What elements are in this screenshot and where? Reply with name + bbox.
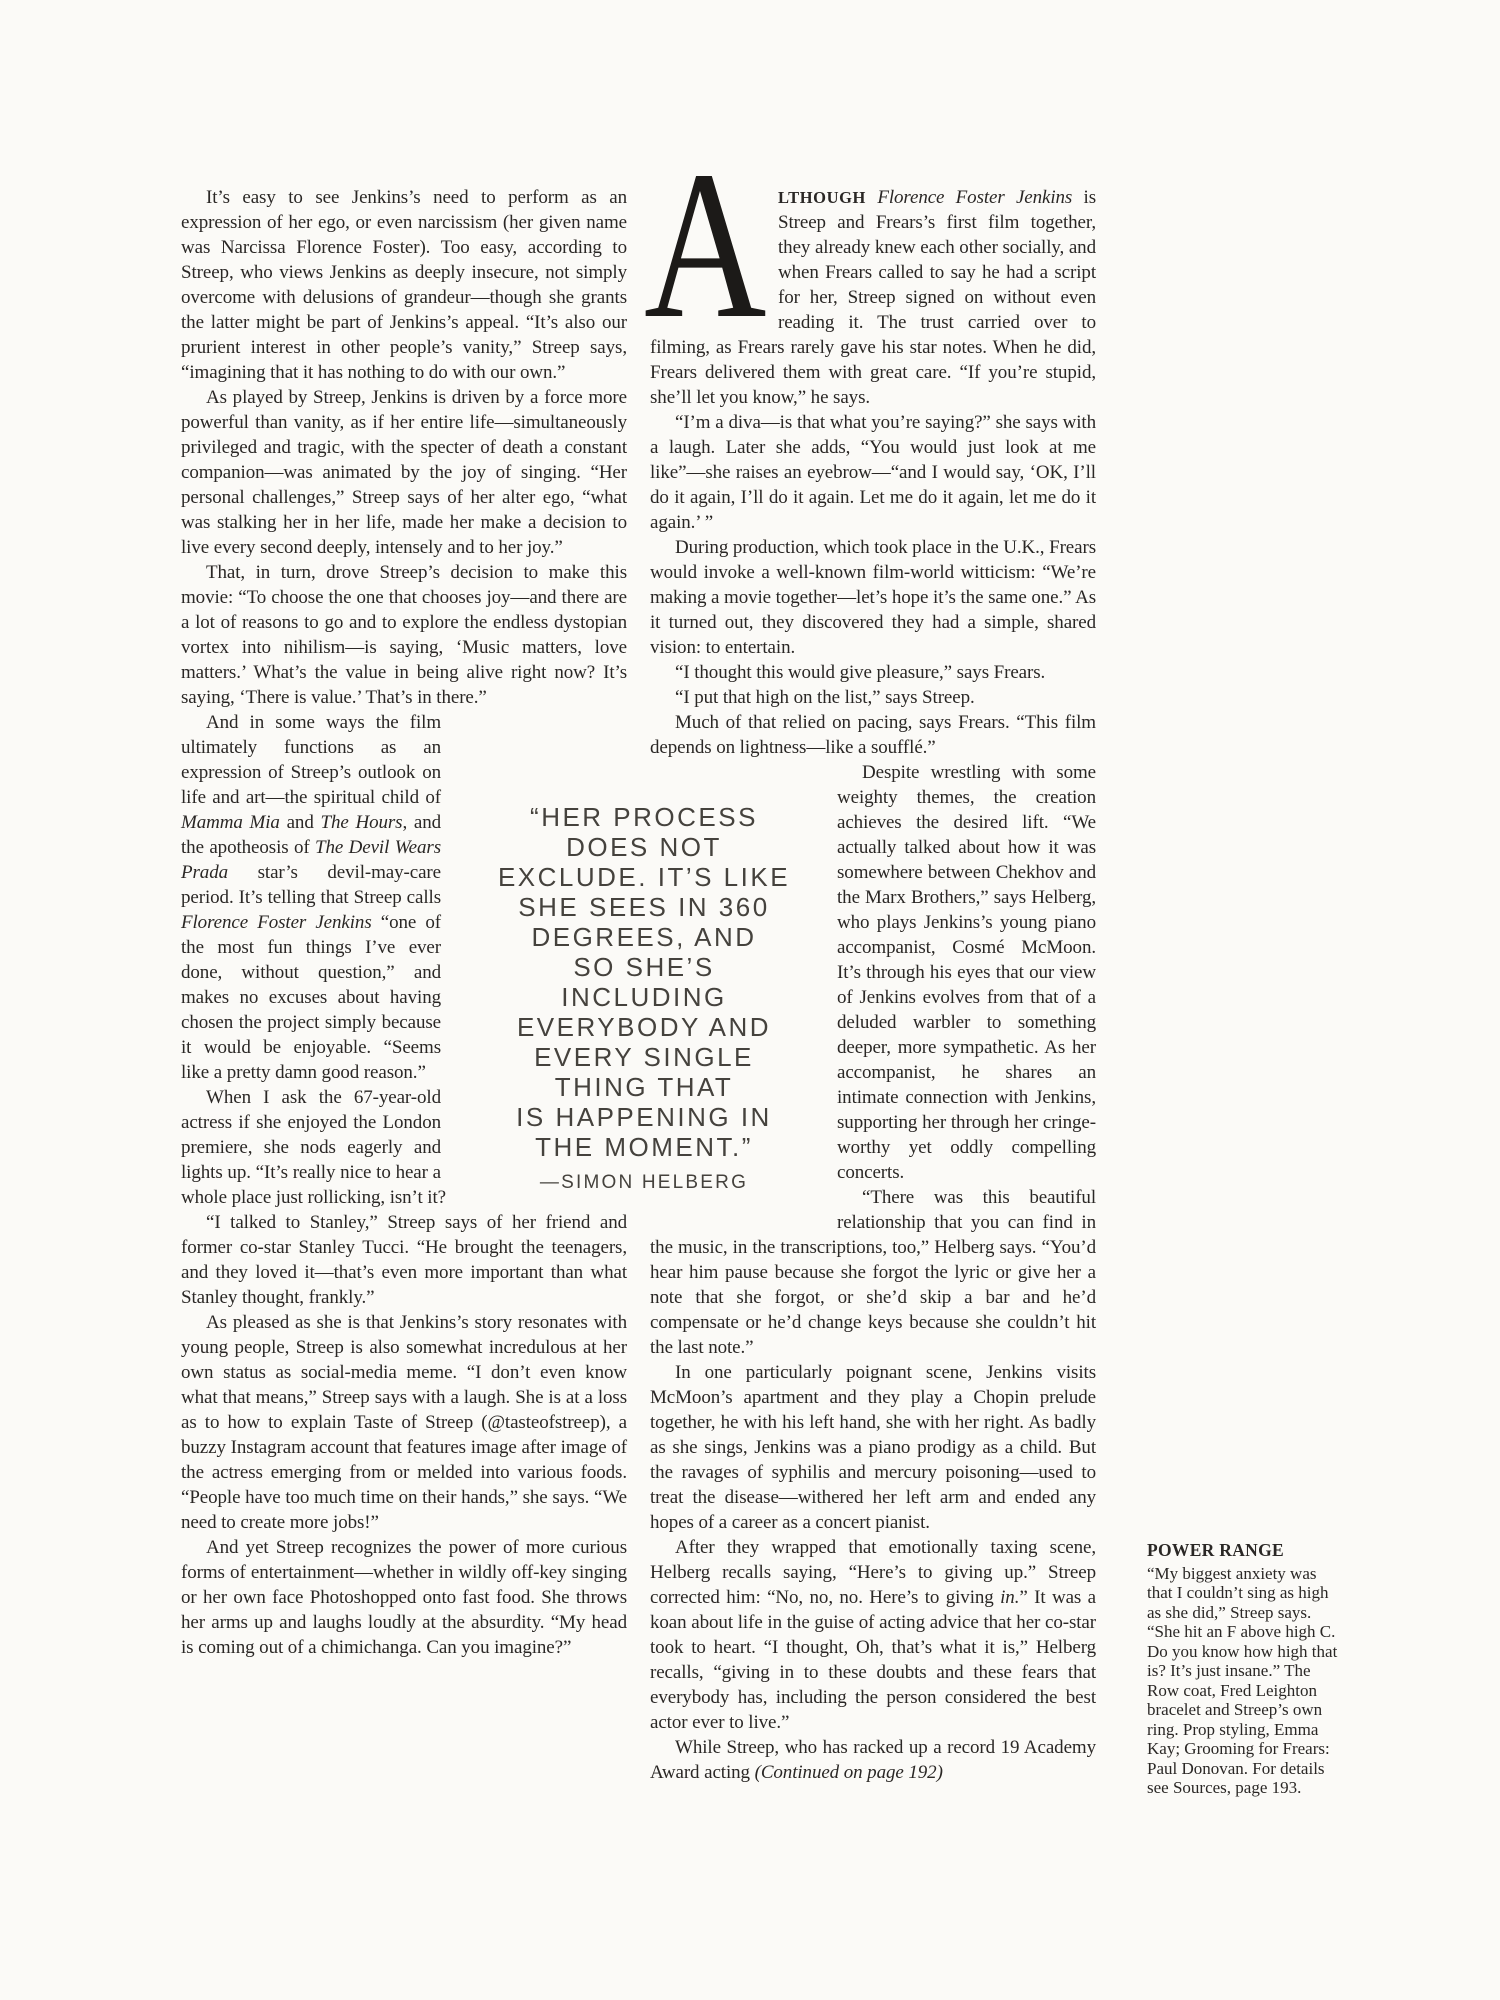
pull-quote-line: SHE SEES IN 360 — [488, 892, 800, 922]
pull-quote-line: THING THAT — [488, 1072, 800, 1102]
pull-quote-line: IS HAPPENING IN — [488, 1102, 800, 1132]
pull-quote-attribution: —SIMON HELBERG — [488, 1171, 800, 1195]
body-paragraph: As pleased as she is that Jenkins’s stor… — [181, 1310, 627, 1535]
pull-quote-line: DEGREES, AND — [488, 922, 800, 952]
body-paragraph: It’s easy to see Jenkins’s need to perfo… — [181, 185, 627, 385]
body-paragraph: After they wrapped that emotionally taxi… — [650, 1535, 1096, 1735]
sidebar-title: POWER RANGE — [1147, 1541, 1345, 1561]
pull-quote-line: EVERY SINGLE — [488, 1042, 800, 1072]
body-paragraph: ALTHOUGH Florence Foster Jenkins is Stre… — [650, 185, 1096, 410]
body-paragraph: While Streep, who has racked up a record… — [650, 1735, 1096, 1785]
magazine-article-page: It’s easy to see Jenkins’s need to perfo… — [0, 0, 1500, 2000]
pull-quote-line: EXCLUDE. IT’S LIKE — [488, 862, 800, 892]
pull-quote-line: SO SHE’S — [488, 952, 800, 982]
body-paragraph: As played by Streep, Jenkins is driven b… — [181, 385, 627, 560]
drop-cap: A — [650, 185, 778, 335]
body-paragraph: During production, which took place in t… — [650, 535, 1096, 660]
body-paragraph: And yet Streep recognizes the power of m… — [181, 1535, 627, 1660]
pull-quote-line: THE MOMENT.” — [488, 1132, 800, 1162]
body-paragraph: Much of that relied on pacing, says Frea… — [650, 710, 1096, 760]
pull-quote: “HER PROCESSDOES NOTEXCLUDE. IT’S LIKESH… — [488, 802, 800, 1195]
body-paragraph: “I talked to Stanley,” Streep says of he… — [181, 1210, 627, 1310]
credits-sidebar: POWER RANGE “My biggest anxiety was that… — [1147, 1541, 1345, 1798]
body-paragraph: In one particularly poignant scene, Jenk… — [650, 1360, 1096, 1535]
pull-quote-line: EVERYBODY AND — [488, 1012, 800, 1042]
sidebar-body: “My biggest anxiety was that I couldn’t … — [1147, 1564, 1345, 1798]
pull-quote-line: “HER PROCESS — [488, 802, 800, 832]
body-paragraph: “I thought this would give pleasure,” sa… — [650, 660, 1096, 685]
body-paragraph: That, in turn, drove Streep’s decision t… — [181, 560, 627, 710]
pull-quote-line: INCLUDING — [488, 982, 800, 1012]
body-paragraph: “I put that high on the list,” says Stre… — [650, 685, 1096, 710]
body-paragraph: “I’m a diva—is that what you’re saying?”… — [650, 410, 1096, 535]
pull-quote-line: DOES NOT — [488, 832, 800, 862]
pull-quote-text: “HER PROCESSDOES NOTEXCLUDE. IT’S LIKESH… — [488, 802, 800, 1162]
